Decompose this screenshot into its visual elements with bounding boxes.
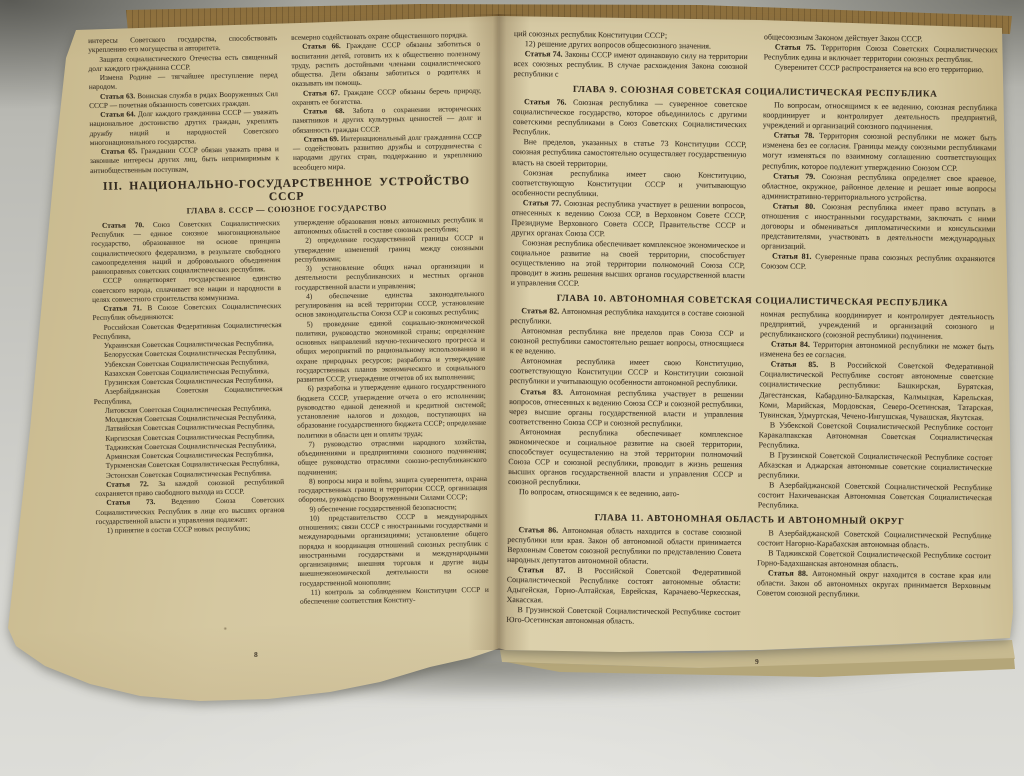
right-top-columns: ций союзных республик Конституции СССР;1… <box>513 29 998 86</box>
paragraph: Статья 88. Автономный округ находится в … <box>757 568 991 601</box>
article-lead: Статья 76. <box>524 97 573 107</box>
photo-background: интересы Советского государства, способс… <box>0 0 1024 776</box>
article-lead: Статья 70. <box>102 220 153 230</box>
article-lead: Статья 69. <box>304 134 341 144</box>
text-column: Статья 86. Автономная область находится … <box>506 525 741 629</box>
article-lead: Статья 86. <box>518 525 562 535</box>
article-lead: Статья 65. <box>101 146 141 156</box>
paragraph: 4) обеспечение единства законодательного… <box>295 289 484 320</box>
paragraph: Статья 66. Граждане СССР обязаны заботит… <box>291 39 481 88</box>
right-lower-columns: Статья 82. Автономная республика находит… <box>508 306 995 513</box>
paragraph: Статья 68. Забота о сохранении историчес… <box>292 104 481 135</box>
article-lead: Статья 67. <box>303 87 344 97</box>
text-column: всемерно содействовать охране общественн… <box>291 30 482 172</box>
article-lead: Статья 75. <box>775 42 821 52</box>
text-column: Статья 70. Союз Советских Социалистическ… <box>91 218 286 609</box>
paragraph: Статья 81. Суверенные права союзных респ… <box>761 251 995 274</box>
paragraph: СССР олицетворяет государственное единст… <box>92 273 281 304</box>
article-lead: Статья 82. <box>521 306 561 316</box>
paragraph: 10) представительство СССР в международн… <box>299 511 489 588</box>
article-lead: Статья 64. <box>100 109 138 119</box>
article-lead: Статья 79. <box>773 171 822 181</box>
text-column: Статья 76. Союзная республика — суверенн… <box>511 97 747 291</box>
chapter-11-heading: ГЛАВА 11. АВТОНОМНАЯ ОБЛАСТЬ И АВТОНОМНЫ… <box>508 511 992 527</box>
article-lead: Статья 78. <box>774 131 820 141</box>
paragraph: Статья 80. Союзная республика имеет прав… <box>761 201 996 254</box>
paragraph: Статья 65. Гражданин СССР обязан уважать… <box>90 144 279 175</box>
paragraph: Статья 78. Территория союзной республики… <box>762 131 997 174</box>
paragraph: По вопросам, относящимся к ее ведению, а… <box>508 487 742 500</box>
paragraph: В Грузинской Советской Социалистической … <box>758 450 992 483</box>
article-lead: Статья 72. <box>106 479 158 489</box>
paragraph: Вне пределов, указанных в статье 73 Конс… <box>512 137 746 170</box>
paragraph: Статья 85. В Российской Советской Федера… <box>759 360 994 423</box>
text-column: общесоюзным Законом действует Закон СССР… <box>763 32 998 85</box>
article-lead: Статья 66. <box>302 41 346 51</box>
article-lead: Статья 87. <box>518 565 577 575</box>
paragraph: В Грузинской Советской Социалистической … <box>506 605 740 628</box>
right-page-text: ций союзных республик Конституции СССР;1… <box>506 29 998 632</box>
text-column: ций союзных республик Конституции СССР;1… <box>513 29 748 82</box>
article-lead: Статья 71. <box>103 303 147 313</box>
paragraph: По вопросам, относящимся к ее ведению, с… <box>763 101 997 134</box>
article-lead: Статья 83. <box>520 387 570 397</box>
paragraph: Статья 77. Союзная республика участвует … <box>511 198 746 241</box>
paragraph: Статья 64. Долг каждого гражданина СССР … <box>89 107 279 147</box>
paragraph: Статья 83. Автономная республика участву… <box>509 386 744 429</box>
article-lead: Статья 74. <box>525 49 565 59</box>
page-number-right: 9 <box>755 657 759 666</box>
chapter-9-heading: ГЛАВА 9. СОЮЗНАЯ СОВЕТСКАЯ СОЦИАЛИСТИЧЕС… <box>513 83 997 99</box>
right-bottom-columns: Статья 86. Автономная область находится … <box>506 525 991 632</box>
text-column: По вопросам, относящимся к ее ведению, с… <box>761 101 997 295</box>
article-lead: Статья 68. <box>303 106 353 116</box>
text-column: интересы Советского государства, способс… <box>88 33 279 175</box>
paragraph: Статья 69. Интернациональный долг гражда… <box>293 132 483 172</box>
paragraph: В Азербайджанской Советской Социалистиче… <box>758 480 992 513</box>
paragraph: Автономная республика вне пределов прав … <box>510 326 744 359</box>
paragraph: 6) разработка и утверждение единого госу… <box>296 381 486 439</box>
section-iii-heading: III. НАЦИОНАЛЬНО-ГОСУДАРСТВЕННОЕ УСТРОЙС… <box>90 174 482 206</box>
paragraph: 3) установление общих начал организации … <box>295 261 484 292</box>
paragraph: 11) контроль за соблюдением Конституции … <box>300 585 489 606</box>
paragraph: Статья 87. В Российской Советской Федера… <box>506 565 741 608</box>
left-top-columns: интересы Советского государства, способс… <box>88 30 482 175</box>
paragraph: 7) руководство отраслями народного хозяй… <box>297 437 487 477</box>
article-lead: Статья 77. <box>523 198 564 208</box>
paragraph: Суверенитет СССР распространяется на всю… <box>763 62 997 75</box>
paragraph: Автономная республика обеспечивает компл… <box>508 427 743 490</box>
paragraph: Статья 74. Законы СССР имеют одинаковую … <box>513 49 747 82</box>
paragraph: Статья 70. Союз Советских Социалистическ… <box>91 218 281 276</box>
text-column: В Азербайджанской Советской Социалистиче… <box>756 528 991 632</box>
page-number-left: 8 <box>254 650 258 659</box>
article-lead: Статья 80. <box>773 201 822 211</box>
paragraph: В Узбекской Советской Социалистической Р… <box>759 420 993 453</box>
paragraph: Союзная республика обеспечивает комплекс… <box>511 238 746 291</box>
text-column: утверждение образования новых автономных… <box>294 215 489 606</box>
paragraph: Статья 76. Союзная республика — суверенн… <box>513 97 748 140</box>
right-mid-columns: Статья 76. Союзная республика — суверенн… <box>511 97 997 294</box>
paragraph: Статья 79. Союзная республика определяет… <box>762 171 996 204</box>
left-page-text: интересы Советского государства, способс… <box>88 30 489 609</box>
text-column: номная республика координирует и контрол… <box>758 309 995 513</box>
paragraph: Статья 86. Автономная область находится … <box>507 525 742 568</box>
paragraph: 8) вопросы мира и войны, защита суверени… <box>298 474 487 505</box>
paragraph: Автономная республика имеет свою Констит… <box>509 356 743 389</box>
paragraph: 2) определение государственной границы С… <box>294 233 483 264</box>
text-column: Статья 82. Автономная республика находит… <box>508 306 745 510</box>
paragraph: Союзная республика имеет свою Конституци… <box>512 168 746 201</box>
chapter-10-heading: ГЛАВА 10. АВТОНОМНАЯ СОВЕТСКАЯ СОЦИАЛИСТ… <box>510 292 994 308</box>
article-lead: Статья 81. <box>772 251 815 261</box>
article-lead: Статья 88. <box>768 569 812 579</box>
paragraph: 5) проведение единой социально-экономиче… <box>295 316 485 384</box>
paragraph: Статья 73. Ведению Союза Советских Социа… <box>95 495 284 526</box>
article-lead: Статья 84. <box>771 340 813 350</box>
article-lead: Статья 73. <box>106 497 171 507</box>
article-lead: Статья 63. <box>100 91 137 101</box>
paragraph: 1) принятие в состав СССР новых республи… <box>96 523 285 535</box>
paragraph: номная республика координирует и контрол… <box>760 309 994 342</box>
article-lead: Статья 85. <box>771 360 830 370</box>
left-bottom-columns: Статья 70. Союз Советских Социалистическ… <box>91 215 489 610</box>
